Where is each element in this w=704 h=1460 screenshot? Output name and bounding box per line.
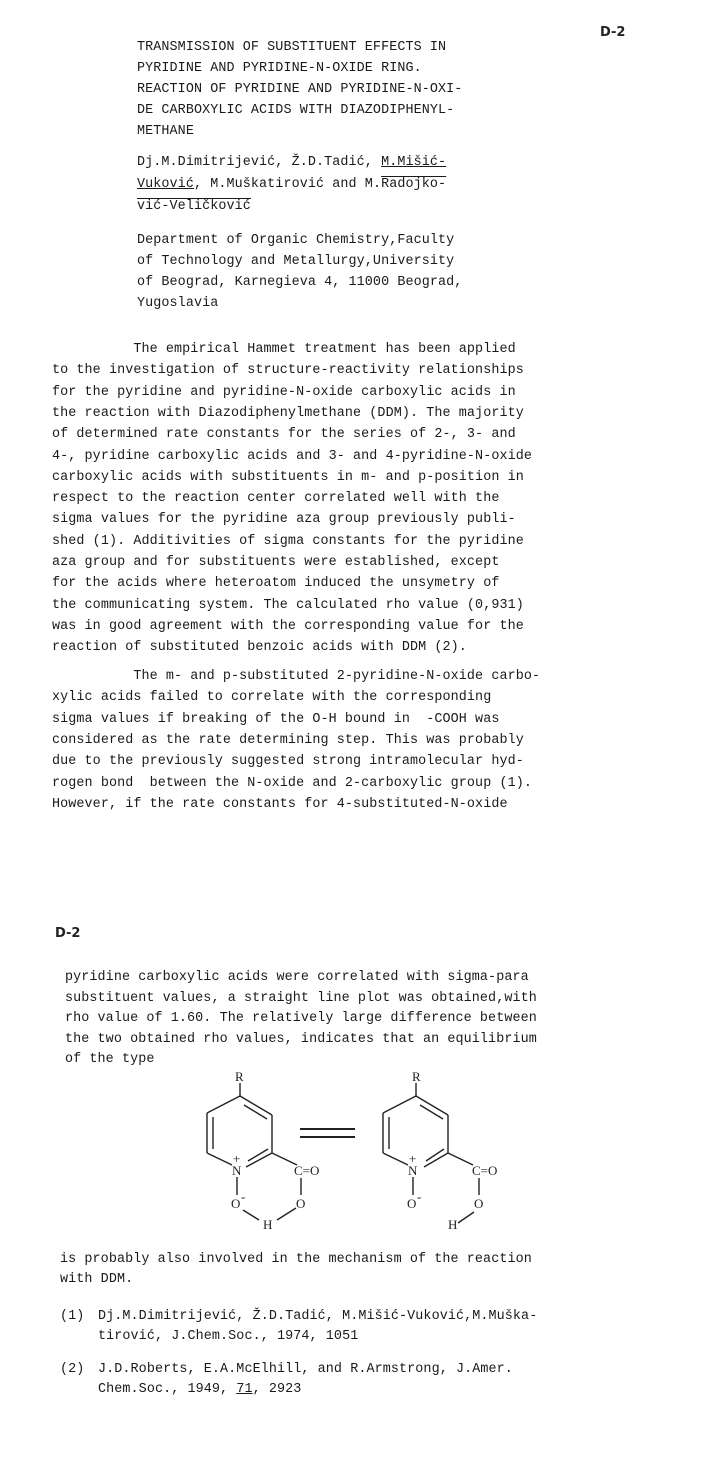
- label-h: H: [263, 1217, 272, 1232]
- text-line: due to the previously suggested strong i…: [52, 754, 524, 769]
- text-line: carboxylic acids with substituents in m-…: [52, 470, 524, 485]
- reference-number: (2): [60, 1362, 84, 1377]
- author-text: Dj.M.Dimitrijević, Ž.D.Tadić,: [137, 155, 381, 170]
- label-minus: -: [417, 1189, 421, 1204]
- page-label-bottom: D-2: [55, 926, 80, 941]
- reference-volume: 71: [236, 1382, 252, 1397]
- text-line: the two obtained rho values, indicates t…: [65, 1032, 537, 1047]
- label-o-minus: O: [407, 1196, 416, 1211]
- text-line: sigma values for the pyridine aza group …: [52, 512, 516, 527]
- text-line: respect to the reaction center correlate…: [52, 491, 499, 506]
- reference-text: J.D.Roberts, E.A.McElhill, and R.Armstro…: [98, 1362, 513, 1377]
- author-text-underlined: Vuković: [137, 177, 194, 192]
- abstract-paragraph-3: pyridine carboxylic acids were correlate…: [65, 970, 645, 1080]
- reference-text: tirović, J.Chem.Soc., 1974, 1051: [98, 1329, 358, 1344]
- abstract-paragraph-2: The m- and p-substituted 2-pyridine-N-ox…: [52, 669, 632, 819]
- closing-paragraph: is probably also involved in the mechani…: [60, 1252, 640, 1297]
- page-label-top: D-2: [600, 25, 625, 40]
- affiliation-line: Department of Organic Chemistry,Faculty: [137, 233, 454, 248]
- text-line: for the pyridine and pyridine-N-oxide ca…: [52, 385, 516, 400]
- text-line: reaction of substituted benzoic acids wi…: [52, 640, 467, 655]
- text-line: the reaction with Diazodiphenylmethane (…: [52, 406, 524, 421]
- title-line: TRANSMISSION OF SUBSTITUENT EFFECTS IN: [137, 40, 446, 55]
- author-line: Dj.M.Dimitrijević, Ž.D.Tadić, M.Mišić-: [137, 155, 446, 170]
- text-line: was in good agreement with the correspon…: [52, 619, 524, 634]
- text-line: aza group and for substituents were esta…: [52, 555, 499, 570]
- text-line: of determined rate constants for the ser…: [52, 427, 516, 442]
- text-line: is probably also involved in the mechani…: [60, 1252, 532, 1267]
- text-line: rho value of 1.60. The relatively large …: [65, 1011, 537, 1026]
- reference-text: Chem.Soc., 1949, 71, 2923: [98, 1382, 301, 1397]
- author-text-underlined: M.Mišić-: [381, 155, 446, 170]
- affiliation-line: Yugoslavia: [137, 296, 218, 311]
- label-h: H: [448, 1217, 457, 1232]
- text-line: pyridine carboxylic acids were correlate…: [65, 970, 529, 985]
- author-line: vić-Veličković: [137, 199, 251, 214]
- label-o: O: [474, 1196, 483, 1211]
- label-plus: +: [233, 1151, 240, 1166]
- author-text: , M.Muškatirović and M.: [194, 177, 381, 192]
- author-text-overlined: vić-Veličković: [137, 199, 251, 214]
- references: (1) Dj.M.Dimitrijević, Ž.D.Tadić, M.Miši…: [60, 1309, 660, 1399]
- text-line: rogen bond between the N-oxide and 2-car…: [52, 776, 532, 791]
- reference-text: Dj.M.Dimitrijević, Ž.D.Tadić, M.Mišić-Vu…: [98, 1309, 537, 1324]
- label-o: O: [296, 1196, 305, 1211]
- text-line: with DDM.: [60, 1272, 133, 1287]
- text-line: substituent values, a straight line plot…: [65, 991, 537, 1006]
- label-c-eq-o: C=O: [472, 1163, 497, 1178]
- text-line: of the type: [65, 1052, 155, 1067]
- text-line: considered as the rate determining step.…: [52, 733, 524, 748]
- equilibrium-arrow-icon: [300, 1129, 355, 1137]
- title-line: DE CARBOXYLIC ACIDS WITH DIAZODIPHENYL-: [137, 103, 454, 118]
- reference-journal: Chem.Soc., 1949,: [98, 1382, 236, 1397]
- title-line: REACTION OF PYRIDINE AND PYRIDINE-N-OXI-: [137, 82, 462, 97]
- text-line: The m- and p-substituted 2-pyridine-N-ox…: [52, 669, 540, 684]
- affiliation: Department of Organic Chemistry,Faculty …: [137, 233, 557, 323]
- label-r: R: [235, 1069, 244, 1084]
- text-line: However, if the rate constants for 4-sub…: [52, 797, 508, 812]
- author-list: Dj.M.Dimitrijević, Ž.D.Tadić, M.Mišić- V…: [137, 155, 557, 225]
- label-r: R: [412, 1069, 421, 1084]
- equilibrium-structure-diagram: R N + C=O O - O H R N + C=O O - O H: [180, 1065, 520, 1245]
- label-plus: +: [409, 1151, 416, 1166]
- title-line: PYRIDINE AND PYRIDINE-N-OXIDE RING.: [137, 61, 422, 76]
- text-line: The empirical Hammet treatment has been …: [52, 342, 516, 357]
- text-line: shed (1). Additivities of sigma constant…: [52, 534, 524, 549]
- structure-open: [383, 1083, 479, 1223]
- reference-pages: , 2923: [253, 1382, 302, 1397]
- label-o-minus: O: [231, 1196, 240, 1211]
- title-line: METHANE: [137, 124, 194, 139]
- author-text-overlined: Radojko-: [381, 177, 446, 192]
- text-line: the communicating system. The calculated…: [52, 598, 524, 613]
- paper-title: TRANSMISSION OF SUBSTITUENT EFFECTS IN P…: [137, 40, 557, 150]
- abstract-paragraph-1: The empirical Hammet treatment has been …: [52, 342, 632, 662]
- text-line: for the acids where heteroatom induced t…: [52, 576, 499, 591]
- affiliation-line: of Beograd, Karnegieva 4, 11000 Beograd,: [137, 275, 462, 290]
- label-minus: -: [241, 1189, 245, 1204]
- structure-cyclic-hbond: [207, 1083, 301, 1220]
- label-c-eq-o: C=O: [294, 1163, 319, 1178]
- author-line: Vuković, M.Muškatirović and M.Radojko-: [137, 177, 446, 192]
- text-line: to the investigation of structure-reacti…: [52, 363, 524, 378]
- text-line: sigma values if breaking of the O-H boun…: [52, 712, 499, 727]
- text-line: 4-, pyridine carboxylic acids and 3- and…: [52, 449, 532, 464]
- text-line: xylic acids failed to correlate with the…: [52, 690, 491, 705]
- affiliation-line: of Technology and Metallurgy,University: [137, 254, 454, 269]
- reference-number: (1): [60, 1309, 84, 1324]
